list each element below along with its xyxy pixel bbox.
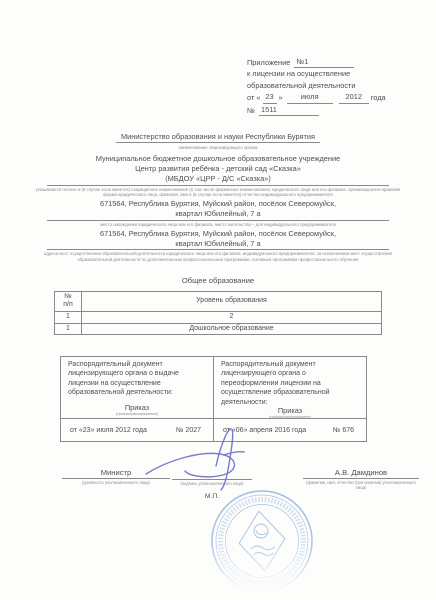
education-table: № п/п Уровень образования 1 2 1 Дошкольн… — [54, 291, 382, 335]
legal-address: 671564, Республика Бурятия, Муйский райо… — [47, 199, 389, 221]
table-cell: 1 — [55, 311, 82, 323]
reg-number: 1511 — [259, 104, 319, 116]
document-body: Министерство образования и науки Республ… — [26, 126, 410, 335]
date-close: » — [279, 93, 283, 102]
activity-address-caption: адреса мест осуществления образовательно… — [31, 251, 405, 261]
seal-outer-ring — [212, 491, 312, 591]
seal-ring-text — [221, 500, 304, 583]
activity-address-line2: квартал Юбилейный, 7 а — [47, 239, 389, 249]
appendix-line2: к лицензии на осуществление — [247, 68, 415, 79]
order-reissue-title: Распорядительный документ лицензирующего… — [221, 360, 359, 407]
header-num2: п/п — [57, 301, 79, 310]
header-num: № — [57, 293, 79, 302]
appendix-reg-line: № 1511 — [247, 104, 415, 116]
table-row: 1 2 — [55, 311, 382, 323]
appendix-header: Приложение №1 к лицензии на осуществлени… — [247, 56, 415, 116]
activity-address-line1: 671564, Республика Бурятия, Муйский райо… — [47, 229, 389, 239]
ministry-name: Министерство образования и науки Республ… — [116, 132, 320, 143]
ministry-block: Министерство образования и науки Республ… — [26, 126, 410, 150]
order-reissue-cell: Распорядительный документ лицензирующего… — [214, 357, 366, 418]
ministry-caption: наименование лицензирующего органа — [26, 145, 410, 150]
date-year: 2012 — [339, 91, 369, 103]
seal-coat-of-arms — [236, 509, 288, 573]
order-issue-date: от «23» июля 2012 года — [70, 427, 147, 434]
section-title: Общее образование — [26, 276, 410, 285]
date-suffix: года — [371, 93, 386, 102]
legal-address-caption: место нахождения юридического лица или е… — [26, 222, 410, 227]
appendix-number: №1 — [294, 56, 354, 68]
table-row: 1 Дошкольное образование — [55, 323, 382, 335]
organization-name: Муниципальное бюджетное дошкольное образ… — [47, 154, 389, 185]
legal-address-line1: 671564, Республика Бурятия, Муйский райо… — [47, 199, 389, 209]
order-issue-cell: Распорядительный документ лицензирующего… — [61, 357, 214, 418]
appendix-date-line: от «23» июля 2012года — [247, 91, 415, 103]
date-prefix: от « — [247, 93, 261, 102]
organization-line3: (МБДОУ «ЦРР - Д/С «Сказка») — [47, 174, 389, 184]
order-issue-title: Распорядительный документ лицензирующего… — [68, 360, 206, 398]
order-reissue-number: № 676 — [333, 427, 354, 434]
activity-address: 671564, Республика Бурятия, Муйский райо… — [47, 229, 389, 251]
appendix-title-line: Приложение №1 — [247, 56, 415, 68]
date-month: июля — [287, 91, 333, 103]
organization-line1: Муниципальное бюджетное дошкольное образ… — [47, 154, 389, 164]
orders-row-titles: Распорядительный документ лицензирующего… — [61, 357, 366, 418]
table-cell: Дошкольное образование — [82, 323, 382, 335]
license-appendix-document: Приложение №1 к лицензии на осуществлени… — [0, 0, 436, 600]
organization-caption: указываются полное и (в случае если имее… — [35, 187, 401, 197]
header-cell-level: Уровень образования — [82, 291, 382, 311]
legal-address-line2: квартал Юбилейный, 7 а — [47, 209, 389, 219]
table-cell: 1 — [55, 323, 82, 335]
appendix-label: Приложение — [247, 58, 290, 67]
organization-line2: Центр развития ребёнка - детский сад «Ск… — [47, 164, 389, 174]
date-day: 23 — [263, 91, 277, 103]
table-header-row: № п/п Уровень образования — [55, 291, 382, 311]
reg-label: № — [247, 106, 255, 115]
table-cell: 2 — [82, 311, 382, 323]
appendix-line3: образовательной деятельности — [247, 80, 415, 91]
header-cell-num: № п/п — [55, 291, 82, 311]
official-seal-stamp — [198, 478, 328, 596]
order-issue-type-caption: (приказ/распоряжение) — [68, 412, 206, 417]
